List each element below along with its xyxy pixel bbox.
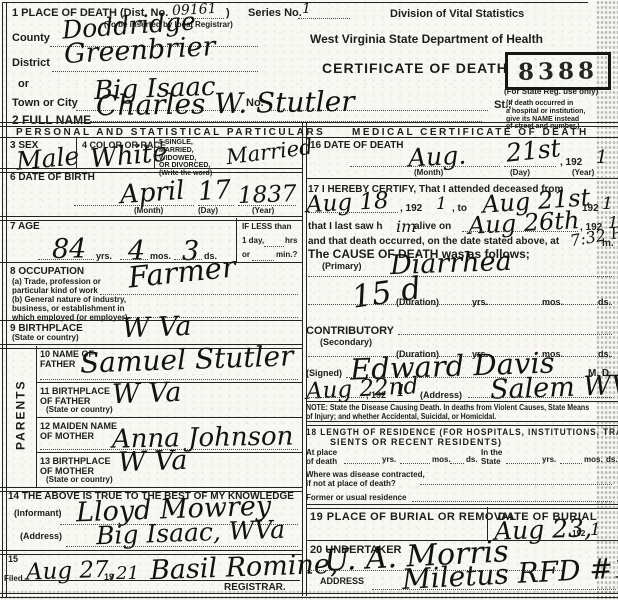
- birthplace-sub: (State or country): [12, 334, 79, 343]
- registration-number: 8388: [518, 57, 598, 85]
- rule: [154, 137, 155, 168]
- place-of-burial-label: 19 PLACE OF BURIAL OR REMOVAL: [310, 511, 517, 523]
- occupation-sub-b: (b) General nature of industry, business…: [12, 296, 128, 323]
- full-name-handwriting: Charles W. Stutler: [96, 88, 355, 121]
- where-contracted-label: Where was disease contracted, if not at …: [306, 471, 425, 489]
- rule: [306, 421, 618, 426]
- dob-month-handwriting: April: [119, 178, 185, 208]
- reg-note: (For State Reg. use only): [504, 88, 598, 97]
- to-label: , to: [452, 203, 467, 214]
- informant-address-handwriting: Big Isaac, WVa: [96, 517, 286, 549]
- mother-birthplace-sub: (State or country): [46, 476, 113, 485]
- former-residence-label: Former or usual residence: [306, 494, 406, 503]
- from-year-handwriting: 1: [436, 196, 447, 213]
- rule: [0, 216, 302, 221]
- rule: [0, 122, 618, 127]
- occurred-line: and that death occurred, on the date sta…: [308, 236, 559, 247]
- rule: [308, 304, 612, 305]
- min-caption: min.?: [276, 251, 297, 260]
- date-of-death-label: 16 DATE OF DEATH: [310, 140, 404, 151]
- rule: [2, 2, 588, 3]
- sign-year-handwriting: 1: [396, 383, 406, 399]
- county-label: County: [12, 32, 50, 44]
- rule: [306, 504, 618, 509]
- residence-label-1: 18 LENGTH OF RESIDENCE (FOR HOSPITALS, I…: [306, 427, 618, 437]
- contributory-label: CONTRIBUTORY: [306, 325, 394, 337]
- rule: [252, 260, 274, 261]
- occupation-handwriting: Farmer: [127, 252, 237, 292]
- rule: [506, 463, 540, 464]
- dod-day-handwriting: 21st: [505, 135, 562, 166]
- last-saw-date-handwriting: Aug 26th: [467, 208, 580, 238]
- rule: [6, 2, 7, 598]
- series-number-handwriting: 1: [302, 2, 311, 16]
- dod-year-caption: (Year): [572, 169, 594, 178]
- town-label: Town or City: [12, 97, 78, 109]
- rule: [264, 246, 284, 247]
- informant-label: (Informant): [14, 508, 62, 518]
- rule: [36, 417, 302, 418]
- rule: [38, 259, 94, 260]
- dod-day-caption: (Day): [510, 169, 530, 178]
- primary-label: (Primary): [322, 261, 362, 271]
- rule: [306, 397, 364, 398]
- rule: [504, 166, 556, 167]
- scan-noise-bottom-edge: [0, 590, 618, 600]
- atplace-mos-caption: mos.: [432, 456, 451, 465]
- year-caption: (Year): [252, 207, 274, 216]
- sign-year-printed: , 192: [366, 390, 386, 400]
- atplace-ds-caption: ds.: [466, 456, 478, 465]
- duration-value-handwriting: 15 d: [350, 273, 423, 313]
- rule: [76, 137, 77, 168]
- occupation-label: 8 OCCUPATION: [10, 266, 84, 277]
- rule: [236, 218, 237, 262]
- mother-birthplace-label: 13 BIRTHPLACE OF MOTHER: [40, 456, 111, 476]
- rule: [306, 401, 618, 402]
- rule: [450, 463, 464, 464]
- rule: [306, 178, 618, 179]
- rule: [66, 546, 298, 547]
- close-paren: ): [226, 7, 230, 19]
- father-birthplace-handwriting: W Va: [112, 379, 182, 408]
- atplace-yrs-caption: yrs.: [382, 456, 396, 465]
- dob-label: 6 DATE OF BIRTH: [10, 172, 95, 183]
- informant-address-label: (Address): [20, 531, 62, 541]
- rule: [344, 463, 380, 464]
- district-handwriting: Greenbrier: [63, 33, 216, 68]
- dob-day-handwriting: 17: [197, 177, 232, 205]
- attended-from-handwriting: Aug 18: [305, 190, 389, 217]
- yrs-caption: yrs.: [96, 251, 112, 261]
- rule: [350, 166, 500, 167]
- rule: [2, 2, 3, 598]
- scan-noise-right-edge: [596, 0, 618, 600]
- alive-on-label: alive on: [414, 221, 451, 232]
- division-title: Division of Vital Statistics: [390, 8, 524, 20]
- rule: [52, 71, 258, 72]
- rule: [462, 231, 578, 232]
- series-label: Series No.: [248, 7, 302, 19]
- occupation-sub-a: (a) Trade, profession or particular kind…: [12, 278, 101, 296]
- day-caption: (Day): [198, 207, 218, 216]
- undertaker-address-label: ADDRESS: [320, 576, 364, 586]
- rule: [302, 122, 303, 596]
- rule: [308, 212, 398, 213]
- dod-month-caption: (Month): [414, 169, 443, 178]
- rule: [420, 484, 612, 485]
- rule: [412, 501, 612, 502]
- rule: [468, 397, 612, 398]
- duration-mos-caption: mos.: [542, 297, 563, 307]
- secondary-label: (Secondary): [320, 337, 372, 347]
- residence-label-2: SIENTS OR RECENT RESIDENTS): [330, 437, 502, 447]
- duration-yrs-caption: yrs.: [472, 297, 488, 307]
- rule: [398, 334, 612, 335]
- at-place-label: At place of death: [306, 449, 337, 467]
- rule: [298, 18, 350, 19]
- rule: [308, 276, 612, 277]
- parents-vertical-label: PARENTS: [14, 371, 27, 459]
- in-state-label: In the State: [481, 449, 502, 467]
- department-title: West Virginia State Department of Health: [310, 33, 543, 46]
- burial-year-printed: 192: [572, 530, 585, 539]
- father-birthplace-sub: (State or country): [46, 406, 113, 415]
- item-15-label: 15: [8, 554, 18, 564]
- last-saw-pre: that I last saw h: [308, 221, 382, 232]
- father-birthplace-label: 11 BIRTHPLACE OF FATHER: [40, 386, 110, 406]
- or-label: or: [18, 78, 29, 90]
- from-year-printed: , 192: [400, 203, 422, 214]
- sign-address-label: (Address): [420, 390, 462, 400]
- month-caption: (Month): [134, 207, 163, 216]
- marital-handwriting: Married: [225, 137, 314, 168]
- rule: [400, 463, 430, 464]
- certificate-title: CERTIFICATE OF DEATH: [322, 61, 508, 77]
- dod-year-printed: , 192: [560, 157, 582, 168]
- one-day-label: 1 day,: [242, 237, 264, 246]
- instate-yrs-caption: yrs.: [542, 456, 556, 465]
- if-less-label: IF LESS than: [242, 223, 291, 232]
- mother-name-label: 12 MAIDEN NAME OF MOTHER: [40, 421, 117, 441]
- rule: [560, 463, 582, 464]
- age-label: 7 AGE: [10, 221, 40, 232]
- district-label: District: [12, 57, 50, 69]
- death-certificate-scan: 1 PLACE OF DEATH (Dist. No. 09161 ) (To …: [0, 0, 618, 600]
- filed-label: Filed: [4, 575, 23, 584]
- hrs-caption: hrs: [285, 237, 297, 246]
- mother-birthplace-handwriting: W Va: [118, 447, 188, 476]
- birthplace-handwriting: W Va: [122, 313, 192, 342]
- rule: [22, 580, 300, 581]
- duration-label: (Duration): [396, 297, 439, 307]
- father-name-handwriting: Samuel Stutler: [80, 342, 294, 377]
- or-caption: or: [242, 251, 250, 260]
